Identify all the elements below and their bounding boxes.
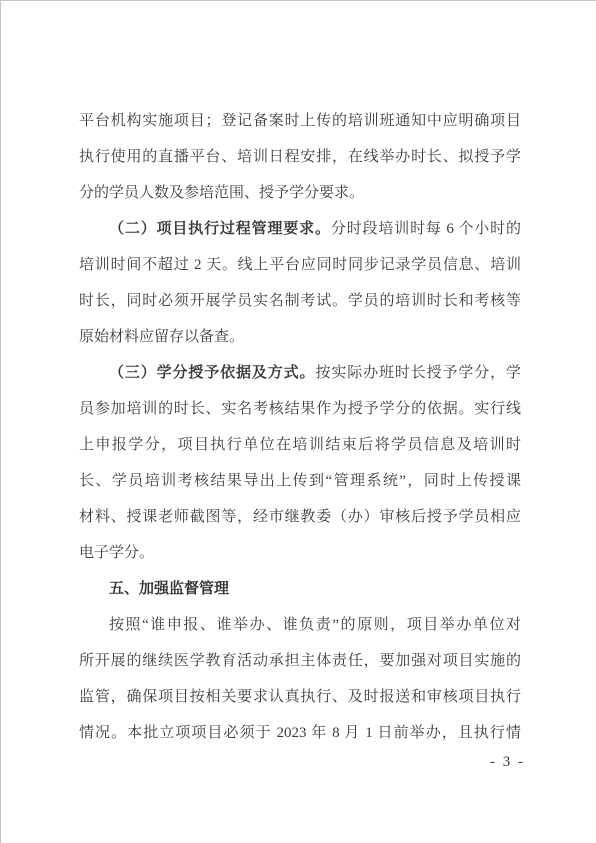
text-line: 长、学员培训考核结果导出上传到“管理系统”，同时上传授课: [79, 463, 521, 499]
body-text-run: 材料、授课老师截图等，经市继教委（办）审核后授予学员相应: [79, 509, 521, 525]
body-text-run: 平台机构实施项目；登记备案时上传的培训班通知中应明确项目: [79, 113, 521, 129]
text-line: 分的学员人数及参培范围、授予学分要求。: [79, 175, 521, 211]
body-text-run: 培训时间不超过 2 天。线上平台应同时同步记录学员信息、培训: [79, 257, 521, 273]
text-line: 五、加强监督管理: [79, 571, 521, 607]
body-text-run: 按照“谁申报、谁举办、谁负责”的原则，项目举办单位对: [109, 617, 521, 633]
body-text-run: 原始材料应留存以备查。: [79, 329, 244, 345]
text-line: 原始材料应留存以备查。: [79, 319, 521, 355]
subheading-bold-run: （二）项目执行过程管理要求。: [109, 221, 331, 237]
document-body: 平台机构实施项目；登记备案时上传的培训班通知中应明确项目执行使用的直播平台、培训…: [79, 103, 521, 751]
text-line: 所开展的继续医学教育活动承担主体责任，要加强对项目实施的: [79, 643, 521, 679]
text-line: 材料、授课老师截图等，经市继教委（办）审核后授予学员相应: [79, 499, 521, 535]
body-text-run: 分的学员人数及参培范围、授予学分要求。: [79, 185, 364, 201]
section-heading-run: 五、加强监督管理: [109, 580, 229, 597]
body-text-run: 情况。本批立项项目必须于 2023 年 8 月 1 日前举办，且执行情: [79, 725, 521, 741]
body-text-run: 执行使用的直播平台、培训日程安排，在线举办时长、拟授予学: [79, 149, 521, 165]
text-line: （二）项目执行过程管理要求。分时段培训时每 6 个小时的: [79, 211, 521, 247]
text-line: 时长，同时必须开展学员实名制考试。学员的培训时长和考核等: [79, 283, 521, 319]
body-text-run: 分时段培训时每 6 个小时的: [331, 221, 521, 237]
text-line: 监管，确保项目按相关要求认真执行、及时报送和审核项目执行: [79, 679, 521, 715]
body-text-run: 所开展的继续医学教育活动承担主体责任，要加强对项目实施的: [79, 653, 521, 669]
text-line: 情况。本批立项项目必须于 2023 年 8 月 1 日前举办，且执行情: [79, 715, 521, 751]
body-text-run: 上申报学分，项目执行单位在培训结束后将学员信息及培训时: [79, 437, 521, 453]
text-line: 按照“谁申报、谁举办、谁负责”的原则，项目举办单位对: [79, 607, 521, 643]
body-text-run: 员参加培训的时长、实名考核结果作为授予学分的依据。实行线: [79, 401, 521, 417]
text-line: 电子学分。: [79, 535, 521, 571]
body-text-run: 长、学员培训考核结果导出上传到“管理系统”，同时上传授课: [79, 473, 521, 489]
page-number: - 3 -: [79, 751, 525, 773]
body-text-run: 监管，确保项目按相关要求认真执行、及时报送和审核项目执行: [79, 689, 521, 705]
text-line: 上申报学分，项目执行单位在培训结束后将学员信息及培训时: [79, 427, 521, 463]
subheading-bold-run: （三）学分授予依据及方式。: [109, 365, 315, 381]
body-text-run: 时长，同时必须开展学员实名制考试。学员的培训时长和考核等: [79, 293, 521, 309]
body-text-run: 按实际办班时长授予学分，学: [315, 365, 521, 381]
text-line: 培训时间不超过 2 天。线上平台应同时同步记录学员信息、培训: [79, 247, 521, 283]
text-line: （三）学分授予依据及方式。按实际办班时长授予学分，学: [79, 355, 521, 391]
page: 平台机构实施项目；登记备案时上传的培训班通知中应明确项目执行使用的直播平台、培训…: [0, 0, 596, 843]
text-line: 员参加培训的时长、实名考核结果作为授予学分的依据。实行线: [79, 391, 521, 427]
body-text-run: 电子学分。: [79, 545, 154, 561]
text-line: 平台机构实施项目；登记备案时上传的培训班通知中应明确项目: [79, 103, 521, 139]
text-line: 执行使用的直播平台、培训日程安排，在线举办时长、拟授予学: [79, 139, 521, 175]
